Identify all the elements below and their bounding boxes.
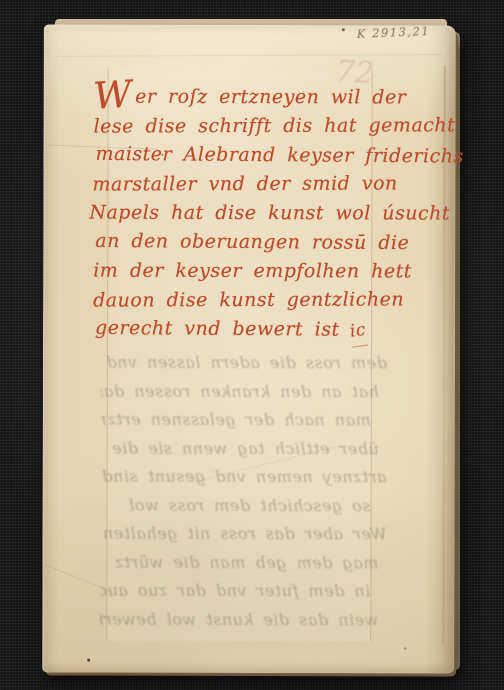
bleedthrough-line: Wer aber das ross nit gehalten (100, 520, 386, 549)
text-line: Wer roſz ertzneyen wil der (94, 83, 404, 113)
text-line: dauon dise kunst gentzlichen (93, 285, 403, 315)
paper-speck (162, 154, 164, 156)
bleedthrough-line: wein das die kunst wol bewert (100, 605, 378, 634)
pencil-dot (342, 28, 345, 31)
bleedthrough-line: dem ross die adern lassen vnd (101, 349, 387, 378)
bleedthrough-line: man nach der gelassnen ertzney (101, 406, 371, 435)
text-line: Napels hat dise kunst wol úsucht (89, 199, 403, 229)
manuscript-text-block: Wer roſz ertzneyen wil der lese dise sch… (93, 83, 404, 347)
bleedthrough-line: so geschicht dem ross wol (101, 491, 371, 520)
pencil-shelfmark: K 2913,21 (357, 24, 431, 41)
bleedthrough-text-block: dem ross die adern lassen vnd hat an den… (100, 349, 387, 635)
bleedthrough-line: mag dem geb man die würtz (100, 548, 378, 577)
bleedthrough-line: in dem futer vnd dar zuo auch (100, 577, 370, 606)
manuscript-page: K 2913,21 72 Wer roſz ertzneyen wil der … (42, 24, 456, 673)
bleedthrough-line: artzney nemen vnd gesunt sind (101, 463, 387, 492)
paper-crease (56, 54, 442, 57)
text-line-rest: gerecht vnd bewert ist (95, 317, 340, 341)
text-line: lese dise schrifft dis hat gemacht (94, 111, 404, 141)
text-line-rest: er roſz ertzneyen wil der (135, 86, 406, 109)
paper-speck (87, 659, 90, 662)
initial-letter: W (94, 94, 132, 97)
text-line: gerecht vnd bewert istic (95, 314, 403, 347)
photo-background: K 2913,21 72 Wer roſz ertzneyen wil der … (0, 0, 504, 690)
text-line: maister Alebrand keyser friderichs (95, 140, 403, 171)
text-line: marstaller vnd der smid von (92, 169, 403, 199)
etc-abbreviation-mark: ic (348, 316, 368, 348)
text-line: im der keyser empfolhen hett (93, 257, 403, 287)
bleedthrough-line: hat an den kranken rossen das (101, 377, 379, 406)
paper-speck (404, 647, 406, 649)
text-line: an den oberuangen rossū die (95, 227, 403, 258)
bleedthrough-line: über ettlich tag wenn sie die (101, 434, 379, 463)
